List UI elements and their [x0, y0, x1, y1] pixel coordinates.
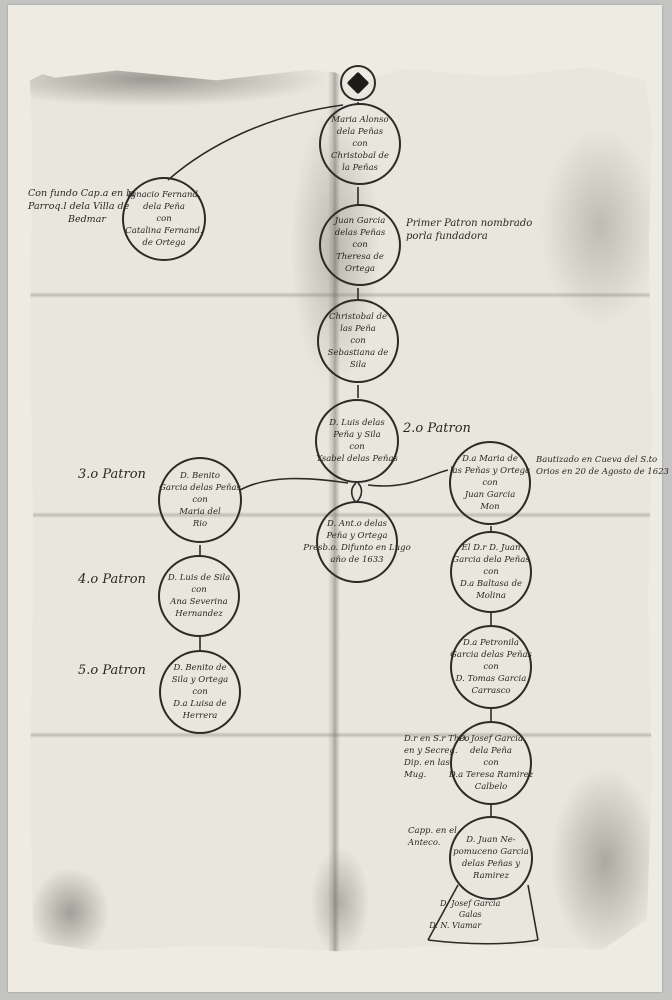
annotation-second-patron: 2.o Patron — [403, 422, 471, 435]
photo-mount: Maria Alonso dela Peñas con Christobal d… — [8, 5, 662, 992]
annotation-fourth-patron: 4.o Patron — [78, 573, 146, 586]
family-node-luis-de-sila: D. Luis de Sila con Ana Severina Hernand… — [158, 555, 240, 637]
family-node-luis-delas-pena: D. Luis delas Peña y Sila con Ysabel del… — [315, 399, 399, 483]
family-node-juan-garcia-doctor: El D.r D. Juan Garcia dela Peñas con D.a… — [450, 531, 532, 613]
family-node-petronila-garcia: D.a Petronila Garcia delas Peñas con D. … — [450, 625, 532, 709]
annotation-baptism: Bautizado en Cueva del S.to Orios en 20 … — [536, 454, 669, 478]
family-node-benito-garcia: D. Benito Garcia delas Peñas con Maria d… — [158, 457, 242, 543]
family-node-juan-nepomuceno: D. Juan Ne- pomuceno Garcia delas Peñas … — [449, 816, 533, 900]
annotation-bottom-descendants: D. Josef Garcia Galas D. N. Viamar — [440, 898, 500, 931]
family-node-christobal: Christobal de las Peña con Sebastiana de… — [317, 299, 399, 383]
annotation-josef-titles: D.r en S.r Theo en y Secreg. Dip. en las… — [404, 733, 469, 781]
annotation-juan-chaplaincy: Capp. en el Anteco. — [408, 825, 457, 849]
family-node-maria-alonso: Maria Alonso dela Peñas con Christobal d… — [319, 103, 401, 185]
annotation-first-patron: Primer Patron nombrado porla fundadora — [406, 217, 532, 243]
annotation-third-patron: 3.o Patron — [78, 468, 146, 481]
cross-seal-icon — [340, 65, 376, 101]
family-node-maria-delas-penas: D.a Maria de las Peñas y Ortega con Juan… — [449, 441, 531, 525]
annotation-bedmar-chapel: Con fundo Cap.a en la Parroq.l dela Vill… — [28, 187, 135, 226]
family-node-antonio-presbitero: D. Ant.o delas Peña y Ortega Presb.o. Di… — [316, 501, 398, 583]
annotation-fifth-patron: 5.o Patron — [78, 664, 146, 677]
family-node-juan-garcia: Juan Garcia delas Peñas con Theresa de O… — [319, 204, 401, 286]
family-node-benito-de-sila: D. Benito de Sila y Ortega con D.a Luisa… — [159, 650, 241, 734]
